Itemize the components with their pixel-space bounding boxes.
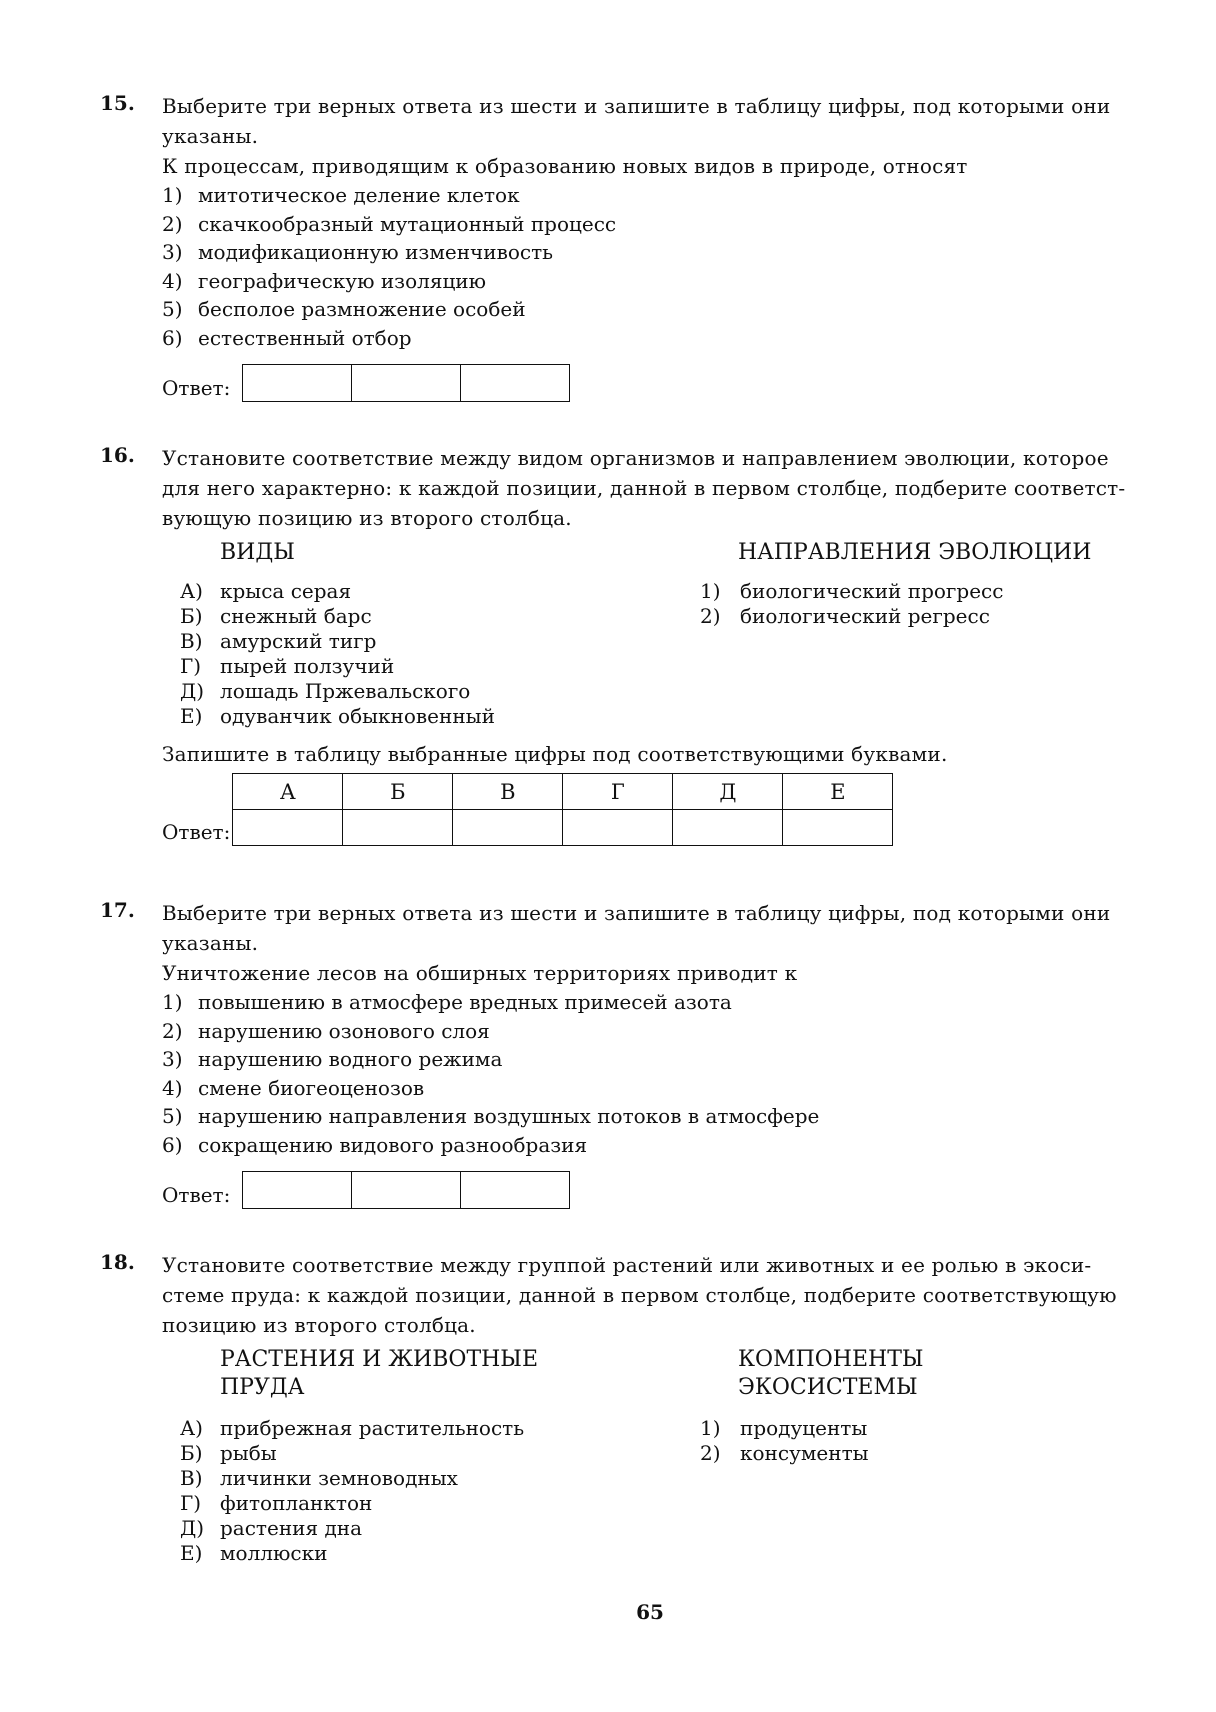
- answer-label: Ответ:: [162, 374, 230, 402]
- answer-row: Ответ:: [162, 1171, 1195, 1209]
- task-instruction: указаны.: [162, 928, 1195, 958]
- item-key: 1): [700, 1416, 740, 1441]
- item-text: амурский тигр: [220, 629, 376, 654]
- item-key: Б): [180, 1441, 220, 1466]
- answer-cell[interactable]: [352, 1172, 461, 1208]
- item-key: Г): [180, 654, 220, 679]
- right-item: 2)консументы: [700, 1441, 1195, 1466]
- item-text: прибрежная растительность: [220, 1416, 524, 1441]
- task-instruction: Установите соответствие между видом орга…: [162, 443, 1195, 473]
- item-key: Б): [180, 604, 220, 629]
- option-text: смене биогеоценозов: [198, 1074, 424, 1103]
- task-number: 15.: [100, 91, 135, 115]
- task-instruction: позицию из второго столбца.: [162, 1310, 1195, 1340]
- item-text: снежный барс: [220, 604, 372, 629]
- option-item: 2)скачкообразный мутационный процесс: [162, 210, 1195, 239]
- left-item: Д)растения дна: [180, 1516, 700, 1541]
- answer-box: [242, 1171, 570, 1209]
- item-key: Е): [180, 1541, 220, 1566]
- item-text: биологический прогресс: [740, 579, 1003, 604]
- item-text: пырей ползучий: [220, 654, 394, 679]
- item-key: Д): [180, 679, 220, 704]
- options-list: 1)повышению в атмосфере вредных примесей…: [162, 988, 1195, 1159]
- left-item: Г)пырей ползучий: [180, 654, 700, 679]
- option-item: 6)сокращению видового разнообразия: [162, 1131, 1195, 1160]
- item-key: Е): [180, 704, 220, 729]
- answer-cell[interactable]: [243, 1172, 352, 1208]
- option-item: 3)нарушению водного режима: [162, 1045, 1195, 1074]
- right-column: КОМПОНЕНТЫ ЭКОСИСТЕМЫ 1)продуценты 2)кон…: [700, 1346, 1195, 1566]
- item-text: одуванчик обыкновенный: [220, 704, 495, 729]
- task-number: 18.: [100, 1250, 135, 1274]
- table-answer-row: [233, 810, 893, 846]
- task-question: Уничтожение лесов на обширных территория…: [162, 958, 1195, 988]
- right-item: 1)продуценты: [700, 1416, 1195, 1441]
- item-key: Д): [180, 1516, 220, 1541]
- task-number: 17.: [100, 898, 135, 922]
- answer-cell[interactable]: [343, 810, 453, 846]
- table-header: Е: [783, 774, 893, 810]
- answer-box: [242, 364, 570, 402]
- table-header: В: [453, 774, 563, 810]
- task-17: 17. Выберите три верных ответа из шести …: [100, 898, 1195, 1209]
- item-key: Г): [180, 1491, 220, 1516]
- left-item: А)прибрежная растительность: [180, 1416, 700, 1441]
- item-text: биологический регресс: [740, 604, 990, 629]
- task-16: 16. Установите соответствие между видом …: [100, 443, 1195, 846]
- answer-cell[interactable]: [233, 810, 343, 846]
- heading-line: ПРУДА: [220, 1374, 700, 1402]
- item-text: рыбы: [220, 1441, 277, 1466]
- item-text: крыса серая: [220, 579, 351, 604]
- right-item: 2)биологический регресс: [700, 604, 1195, 629]
- option-text: скачкообразный мутационный процесс: [198, 210, 616, 239]
- option-text: митотическое деление клеток: [198, 181, 520, 210]
- item-key: А): [180, 579, 220, 604]
- answer-cell[interactable]: [673, 810, 783, 846]
- answer-row: Ответ: А Б В Г Д Е: [162, 773, 1195, 846]
- left-column-heading: РАСТЕНИЯ И ЖИВОТНЫЕ ПРУДА: [220, 1346, 700, 1402]
- item-key: 1): [700, 579, 740, 604]
- task-18: 18. Установите соответствие между группо…: [100, 1250, 1195, 1566]
- left-item: Д)лошадь Пржевальского: [180, 679, 700, 704]
- left-item: Б)рыбы: [180, 1441, 700, 1466]
- task-15: 15. Выберите три верных ответа из шести …: [100, 91, 1195, 402]
- left-item: В)личинки земноводных: [180, 1466, 700, 1491]
- table-header-row: А Б В Г Д Е: [233, 774, 893, 810]
- option-key: 1): [162, 181, 198, 210]
- left-item: Б)снежный барс: [180, 604, 700, 629]
- answer-cell[interactable]: [563, 810, 673, 846]
- left-item: А)крыса серая: [180, 579, 700, 604]
- task-question: К процессам, приводящим к образованию но…: [162, 151, 1195, 181]
- left-item: Е)моллюски: [180, 1541, 700, 1566]
- answer-cell[interactable]: [243, 365, 352, 401]
- item-text: личинки земноводных: [220, 1466, 458, 1491]
- matching-columns: ВИДЫ А)крыса серая Б)снежный барс В)амур…: [162, 539, 1195, 729]
- item-text: консументы: [740, 1441, 869, 1466]
- option-key: 5): [162, 1102, 198, 1131]
- option-text: бесполое размножение особей: [198, 295, 526, 324]
- option-text: модификационную изменчивость: [198, 238, 553, 267]
- task-number: 16.: [100, 443, 135, 467]
- answer-cell[interactable]: [783, 810, 893, 846]
- answer-row: Ответ:: [162, 364, 1195, 402]
- option-item: 2)нарушению озонового слоя: [162, 1017, 1195, 1046]
- option-item: 4)географическую изоляцию: [162, 267, 1195, 296]
- task-instruction: Установите соответствие между группой ра…: [162, 1250, 1195, 1280]
- matching-columns: РАСТЕНИЯ И ЖИВОТНЫЕ ПРУДА А)прибрежная р…: [162, 1346, 1195, 1566]
- answer-cell[interactable]: [352, 365, 461, 401]
- table-header: Г: [563, 774, 673, 810]
- item-text: моллюски: [220, 1541, 327, 1566]
- option-key: 4): [162, 267, 198, 296]
- answer-cell[interactable]: [453, 810, 563, 846]
- option-text: повышению в атмосфере вредных примесей а…: [198, 988, 732, 1017]
- option-item: 6)естественный отбор: [162, 324, 1195, 353]
- option-key: 2): [162, 210, 198, 239]
- option-text: нарушению водного режима: [198, 1045, 502, 1074]
- right-column: НАПРАВЛЕНИЯ ЭВОЛЮЦИИ 1)биологический про…: [700, 539, 1195, 729]
- item-key: А): [180, 1416, 220, 1441]
- item-text: растения дна: [220, 1516, 362, 1541]
- answer-label: Ответ:: [162, 818, 230, 846]
- option-key: 3): [162, 238, 198, 267]
- item-key: В): [180, 1466, 220, 1491]
- options-list: 1)митотическое деление клеток 2)скачкооб…: [162, 181, 1195, 352]
- item-key: 2): [700, 604, 740, 629]
- option-key: 2): [162, 1017, 198, 1046]
- task-instruction: указаны.: [162, 121, 1195, 151]
- right-item: 1)биологический прогресс: [700, 579, 1195, 604]
- answer-table: А Б В Г Д Е: [232, 773, 893, 846]
- option-key: 3): [162, 1045, 198, 1074]
- left-item: В)амурский тигр: [180, 629, 700, 654]
- option-key: 4): [162, 1074, 198, 1103]
- task-instruction: вующую позицию из второго столбца.: [162, 503, 1195, 533]
- page-number: 65: [0, 1600, 1216, 1624]
- task-instruction: стеме пруда: к каждой позиции, данной в …: [162, 1280, 1195, 1310]
- heading-line: РАСТЕНИЯ И ЖИВОТНЫЕ: [220, 1346, 700, 1374]
- option-key: 5): [162, 295, 198, 324]
- table-header: Б: [343, 774, 453, 810]
- answer-label: Ответ:: [162, 1181, 230, 1209]
- option-item: 3)модификационную изменчивость: [162, 238, 1195, 267]
- option-item: 5)бесполое размножение особей: [162, 295, 1195, 324]
- option-item: 4)смене биогеоценозов: [162, 1074, 1195, 1103]
- item-text: продуценты: [740, 1416, 867, 1441]
- option-text: географическую изоляцию: [198, 267, 486, 296]
- option-item: 1)повышению в атмосфере вредных примесей…: [162, 988, 1195, 1017]
- option-item: 1)митотическое деление клеток: [162, 181, 1195, 210]
- table-header: А: [233, 774, 343, 810]
- table-instruction: Запишите в таблицу выбранные цифры под с…: [162, 739, 1195, 769]
- answer-cell[interactable]: [461, 1172, 569, 1208]
- left-column-heading: ВИДЫ: [220, 539, 700, 567]
- right-column-heading: КОМПОНЕНТЫ ЭКОСИСТЕМЫ: [738, 1346, 1195, 1402]
- option-text: нарушению направления воздушных потоков …: [198, 1102, 819, 1131]
- item-text: фитопланктон: [220, 1491, 372, 1516]
- heading-line: КОМПОНЕНТЫ: [738, 1346, 1195, 1374]
- task-instruction: Выберите три верных ответа из шести и за…: [162, 91, 1195, 121]
- option-text: естественный отбор: [198, 324, 412, 353]
- option-key: 6): [162, 324, 198, 353]
- left-column: ВИДЫ А)крыса серая Б)снежный барс В)амур…: [180, 539, 700, 729]
- item-key: 2): [700, 1441, 740, 1466]
- option-item: 5)нарушению направления воздушных потоко…: [162, 1102, 1195, 1131]
- heading-line: ЭКОСИСТЕМЫ: [738, 1374, 1195, 1402]
- item-key: В): [180, 629, 220, 654]
- left-item: Г)фитопланктон: [180, 1491, 700, 1516]
- task-instruction: для него характерно: к каждой позиции, д…: [162, 473, 1195, 503]
- task-instruction: Выберите три верных ответа из шести и за…: [162, 898, 1195, 928]
- option-key: 1): [162, 988, 198, 1017]
- left-item: Е)одуванчик обыкновенный: [180, 704, 700, 729]
- answer-cell[interactable]: [461, 365, 569, 401]
- item-text: лошадь Пржевальского: [220, 679, 470, 704]
- option-text: сокращению видового разнообразия: [198, 1131, 587, 1160]
- right-column-heading: НАПРАВЛЕНИЯ ЭВОЛЮЦИИ: [738, 539, 1195, 567]
- option-text: нарушению озонового слоя: [198, 1017, 490, 1046]
- option-key: 6): [162, 1131, 198, 1160]
- table-header: Д: [673, 774, 783, 810]
- left-column: РАСТЕНИЯ И ЖИВОТНЫЕ ПРУДА А)прибрежная р…: [180, 1346, 700, 1566]
